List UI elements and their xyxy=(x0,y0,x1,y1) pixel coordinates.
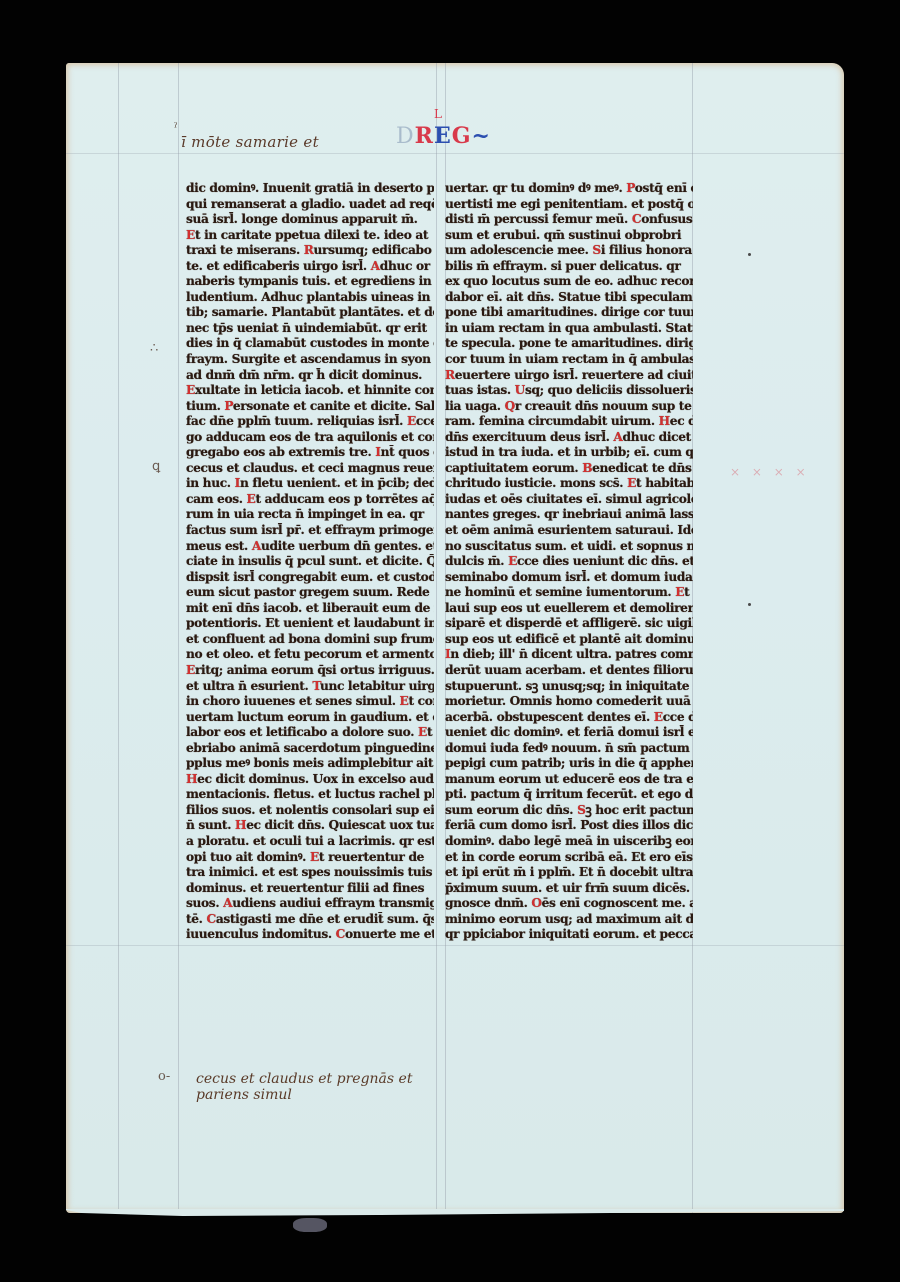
text-line: uertam luctum eorum in gaudium. et cōso xyxy=(186,710,434,726)
text-line: naberis tympanis tuis. et egrediens in c… xyxy=(186,274,434,290)
text-line: Eritq; anima eorum q̄si ortus irriguus. xyxy=(186,663,434,679)
manuscript-leaf: L ī mōte samarie et DREG~ dic dominꝰ. In… xyxy=(66,63,844,1213)
text-line: qui remanserat a gladio. uadet ad reqē xyxy=(186,197,434,213)
text-line: Et in caritate ppetua dilexi te. ideo at xyxy=(186,228,434,244)
text-line: tib; samarie. Plantabūt plantātes. et do xyxy=(186,305,434,321)
text-line: ueniet dic dominꝰ. et feriā domui isrl̄ … xyxy=(445,725,693,741)
text-line: dic dominꝰ. Inuenit gratiā in deserto pp… xyxy=(186,181,434,197)
text-line: fac dn̄e pplm̄ tuum. reliquias isrl̄. Ec… xyxy=(186,414,434,430)
text-line: te specula. pone te amaritudines. dirige xyxy=(445,336,693,352)
text-line: meus est. Audite uerbum dn̄ gentes. et a… xyxy=(186,539,434,555)
text-line: fraym. Surgite et ascendamus in syon xyxy=(186,352,434,368)
text-line: iuuenculus indomitus. Conuerte me et reu… xyxy=(186,927,434,943)
text-line: manum eorum ut educerē eos de tra eg̃ xyxy=(445,772,693,788)
text-line: et confluent ad bona domini sup frumento… xyxy=(186,632,434,648)
rubricated-initial: O xyxy=(531,896,541,910)
text-line: rum in uia recta n̄ impinget in ea. qr xyxy=(186,507,434,523)
text-line: dulcis m̄. Ecce dies ueniunt dic dn̄s. e… xyxy=(445,554,693,570)
rubricated-initial: E xyxy=(186,228,195,242)
rubricated-initial: A xyxy=(252,539,261,553)
text-line: tium. Personate et canite et dicite. Sal… xyxy=(186,399,434,415)
text-line: in huc. In fletu uenient. et in p̄cib; d… xyxy=(186,476,434,492)
margin-mark-q: ꝗ xyxy=(152,459,160,474)
ruling-line-foot xyxy=(66,945,844,946)
text-line: in uiam rectam in qua ambulasti. Statue xyxy=(445,321,693,337)
text-line: factus sum isrl̄ pr̄. et effraym primoge… xyxy=(186,523,434,539)
text-line: domui iuda fedꝰ nouum. n̄ sm̄ pactum q̄ xyxy=(445,741,693,757)
margin-note-line-1: cecus et claudus et pregnās et xyxy=(196,1071,412,1087)
text-line: sum eorum dic dn̄s. Sꝫ hoc erit pactum q… xyxy=(445,803,693,819)
text-line: ciate in insulis q̄ pcul sunt. et dicite… xyxy=(186,554,434,570)
text-line: uertisti me egi penitentiam. et postq̄ o… xyxy=(445,197,693,213)
text-line: iudas et oēs ciuitates eī. simul agricol… xyxy=(445,492,693,508)
rubricated-initial: E xyxy=(654,710,663,724)
text-line: tē. Castigasti me dn̄e et erudit̄ sum. q… xyxy=(186,912,434,928)
margin-note-mark: o- xyxy=(158,1069,170,1084)
text-line: sup eos ut edificē et plantē ait dominus… xyxy=(445,632,693,648)
text-line: opi tuo ait dominꝰ. Et reuertentur de xyxy=(186,850,434,866)
text-line: labor eos et letificabo a dolore suo. Et… xyxy=(186,725,434,741)
rubricated-initial: E xyxy=(407,414,416,428)
rubricated-initial: E xyxy=(186,383,195,397)
text-line: laui sup eos ut euellerem et demolirer. … xyxy=(445,601,693,617)
margin-note-correction: cecus et claudus et pregnās et pariens s… xyxy=(196,1071,412,1103)
head-mark: ˀ xyxy=(174,121,178,136)
text-line: dn̄s exercituum deus isrl̄. Adhuc dicet … xyxy=(445,430,693,446)
text-line: p̄ximum suum. et uir frm̄ suum dicēs. Co xyxy=(445,881,693,897)
text-line: go adducam eos de tra aquilonis et con xyxy=(186,430,434,446)
rubricated-initial: H xyxy=(235,818,246,832)
text-line: nantes greges. qr inebriaui animā lassam… xyxy=(445,507,693,523)
rubricated-initial: H xyxy=(186,772,197,786)
text-line: traxi te miserans. Rursumq; edificabo xyxy=(186,243,434,259)
text-line: bilis m̄ effraym. si puer delicatus. qr xyxy=(445,259,693,275)
text-line: mit enī dn̄s iacob. et liberauit eum de … xyxy=(186,601,434,617)
text-line: no et oleo. et fetu pecorum et armentorū… xyxy=(186,647,434,663)
text-line: n̄ sunt. Hec dicit dn̄s. Quiescat uox tu… xyxy=(186,818,434,834)
text-line: ebriabo animā sacerdotum pinguedine. Et xyxy=(186,741,434,757)
text-line: cecus et claudus. et ceci magnus reuerte… xyxy=(186,461,434,477)
rubricated-initial: E xyxy=(186,663,195,677)
text-line: captiuitatem eorum. Benedicat te dn̄s pu… xyxy=(445,461,693,477)
rubricated-initial: H xyxy=(659,414,670,428)
book-title-faint: D xyxy=(396,124,415,149)
text-line: a ploratu. et oculi tui a lacrimis. qr e… xyxy=(186,834,434,850)
rubricated-initial: P xyxy=(224,399,233,413)
text-line: pepigi cum patrib; uris in die q̄ apphen… xyxy=(445,756,693,772)
text-line: eum sicut pastor gregem suum. Rede xyxy=(186,585,434,601)
running-head: ī mōte samarie et xyxy=(181,133,319,151)
text-line: sum et erubui. qm̄ sustinui obprobri xyxy=(445,228,693,244)
text-column-left: dic dominꝰ. Inuenit gratiā in deserto pp… xyxy=(186,181,434,943)
text-line: cam eos. Et adducam eos p torrētes aq̄ xyxy=(186,492,434,508)
rubricated-initial: E xyxy=(675,585,684,599)
text-line: et in corde eorum scribā eā. Et ero eīs … xyxy=(445,850,693,866)
rubricated-initial: E xyxy=(400,694,409,708)
text-line: minimo eorum usq; ad maximum ait dn̄s. xyxy=(445,912,693,928)
rubricated-initial: E xyxy=(310,850,319,864)
book-title: DREG~ xyxy=(396,123,491,149)
text-line: stupuerunt. sꝫ unusq;sq; in iniquitate s… xyxy=(445,679,693,695)
folio-mark: L xyxy=(434,107,442,121)
text-line: cor tuum in uiam rectam in q̄ ambulasti. xyxy=(445,352,693,368)
book-title-letter-e: E xyxy=(434,123,452,149)
text-line: pone tibi amaritudines. dirige cor tuum xyxy=(445,305,693,321)
text-line: tuas istas. Usq; quo deliciis dissolueri… xyxy=(445,383,693,399)
text-line: dispsit isrl̄ congregabit eum. et custod… xyxy=(186,570,434,586)
rubricated-initial: R xyxy=(445,368,455,382)
text-line: siparē et disperdē et affligerē. sic uig… xyxy=(445,616,693,632)
rubricated-initial: A xyxy=(223,896,232,910)
text-line: no suscitatus sum. et uidi. et sopnus me… xyxy=(445,539,693,555)
ink-spot xyxy=(748,253,751,256)
rubricated-initial: A xyxy=(613,430,622,444)
text-line: pplus meꝰ bonis meis adimplebitur ait dn… xyxy=(186,756,434,772)
book-title-letter-r: R xyxy=(415,123,434,149)
text-line: dabor eī. ait dn̄s. Statue tibi speculam… xyxy=(445,290,693,306)
text-line: Hec dicit dominus. Uox in excelso audita… xyxy=(186,772,434,788)
text-line: suos. Audiens audiui effraym transmigrā xyxy=(186,896,434,912)
text-line: dominꝰ. dabo legē meā in uisceribꝫ eorum xyxy=(445,834,693,850)
text-line: et oēm animā esurientem saturaui. Ideo q… xyxy=(445,523,693,539)
rubricated-initial: B xyxy=(582,461,592,475)
margin-note-line-2: pariens simul xyxy=(196,1087,412,1103)
text-line: acerbā. obstupescent dentes eī. Ecce die… xyxy=(445,710,693,726)
text-line: In dieb; ill' n̄ dicent ultra. patres co… xyxy=(445,647,693,663)
text-line: istud in tra iuda. et in urbib; eī. cum … xyxy=(445,445,693,461)
ink-spot xyxy=(748,603,751,606)
pen-trial-marks: × × × × xyxy=(730,465,810,479)
margin-mark-dots: ∴ xyxy=(150,341,158,356)
rubricated-initial: A xyxy=(371,259,380,273)
text-line: in choro iuuenes et senes simul. Et con xyxy=(186,694,434,710)
rubricated-initial: C xyxy=(206,912,215,926)
text-line: te. et edificaberis uirgo isrl̄. Adhuc o… xyxy=(186,259,434,275)
text-line: gregabo eos ab extremis tre. Int̄ quos e… xyxy=(186,445,434,461)
rubricated-initial: E xyxy=(418,725,427,739)
text-line: ne hominū et semine iumentorum. Et sic u… xyxy=(445,585,693,601)
text-line: nec tp̄s ueniat n̄ uindemiabūt. qr erit xyxy=(186,321,434,337)
text-line: ex quo locutus sum de eo. adhuc recor xyxy=(445,274,693,290)
text-line: Exultate in leticia iacob. et hinnite co… xyxy=(186,383,434,399)
ruling-line-outer-left xyxy=(118,63,119,1213)
torn-edge-fragment xyxy=(293,1218,327,1232)
text-line: dominus. et reuertentur filii ad fines xyxy=(186,881,434,897)
text-line: potentioris. Et uenient et laudabunt in … xyxy=(186,616,434,632)
text-column-right: uertar. qr tu dominꝰ dꝰ meꝰ. Postq̄ enī … xyxy=(445,181,693,943)
rubricated-initial: T xyxy=(312,679,320,693)
text-line: derūt uuam acerbam. et dentes filiorum o… xyxy=(445,663,693,679)
rubricated-initial: C xyxy=(632,212,641,226)
rubricated-initial: E xyxy=(508,554,517,568)
text-line: ludentium. Adhuc plantabis uineas in mō xyxy=(186,290,434,306)
rubricated-initial: E xyxy=(627,476,636,490)
text-line: pti. pactum q̄ irritum fecerūt. et ego d… xyxy=(445,787,693,803)
text-line: ram. femina circumdabit uirum. Hec dic xyxy=(445,414,693,430)
ruling-line-head xyxy=(66,153,844,154)
text-line: um adolescencie mee. Si filius honora xyxy=(445,243,693,259)
text-line: filios suos. et nolentis consolari sup e… xyxy=(186,803,434,819)
text-line: chritudo iusticie. mons scs̄. Et habitab… xyxy=(445,476,693,492)
text-line: suā isrl̄. longe dominus apparuit m̄. xyxy=(186,212,434,228)
text-line: disti m̄ percussi femur meū. Confusus xyxy=(445,212,693,228)
text-line: tra inimici. et est spes nouissimis tuis… xyxy=(186,865,434,881)
book-title-flourish: ~ xyxy=(472,123,491,149)
text-line: seminabo domum isrl̄. et domum iuda semi xyxy=(445,570,693,586)
rubricated-initial: S xyxy=(577,803,585,817)
rubricated-initial: C xyxy=(336,927,345,941)
text-line: mentacionis. fletus. et luctus rachel pl… xyxy=(186,787,434,803)
ruling-line-col-mid-a xyxy=(436,63,437,1213)
book-title-letter-g: G xyxy=(452,123,472,149)
rubricated-initial: R xyxy=(304,243,314,257)
text-line: feriā cum domo isrl̄. Post dies illos di… xyxy=(445,818,693,834)
text-line: morietur. Omnis homo comederit uuā xyxy=(445,694,693,710)
text-line: gnosce dnm̄. Oēs enī cognoscent me. a xyxy=(445,896,693,912)
rubricated-initial: Q xyxy=(505,399,515,413)
text-line: et ipi erūt m̄ i pplm̄. Et n̄ docebit ul… xyxy=(445,865,693,881)
text-line: et ultra n̄ esurient. Tunc letabitur uir… xyxy=(186,679,434,695)
ruling-line-col-left xyxy=(178,63,179,1213)
text-line: lia uaga. Qr creauit dn̄s nouum sup te xyxy=(445,399,693,415)
text-line: uertar. qr tu dominꝰ dꝰ meꝰ. Postq̄ enī … xyxy=(445,181,693,197)
rubricated-initial: E xyxy=(247,492,256,506)
rubricated-initial: S xyxy=(592,243,600,257)
text-line: qr ppiciabor iniquitati eorum. et peccat… xyxy=(445,927,693,943)
rubricated-initial: U xyxy=(515,383,525,397)
text-line: Reuertere uirgo isrl̄. reuertere ad ciui… xyxy=(445,368,693,384)
rubricated-initial: P xyxy=(626,181,635,195)
text-line: ad dnm̄ dm̄ nr̄m. qr h̄ dicit dominus. xyxy=(186,368,434,384)
text-line: dies in q̄ clamabūt custodes in monte ef xyxy=(186,336,434,352)
